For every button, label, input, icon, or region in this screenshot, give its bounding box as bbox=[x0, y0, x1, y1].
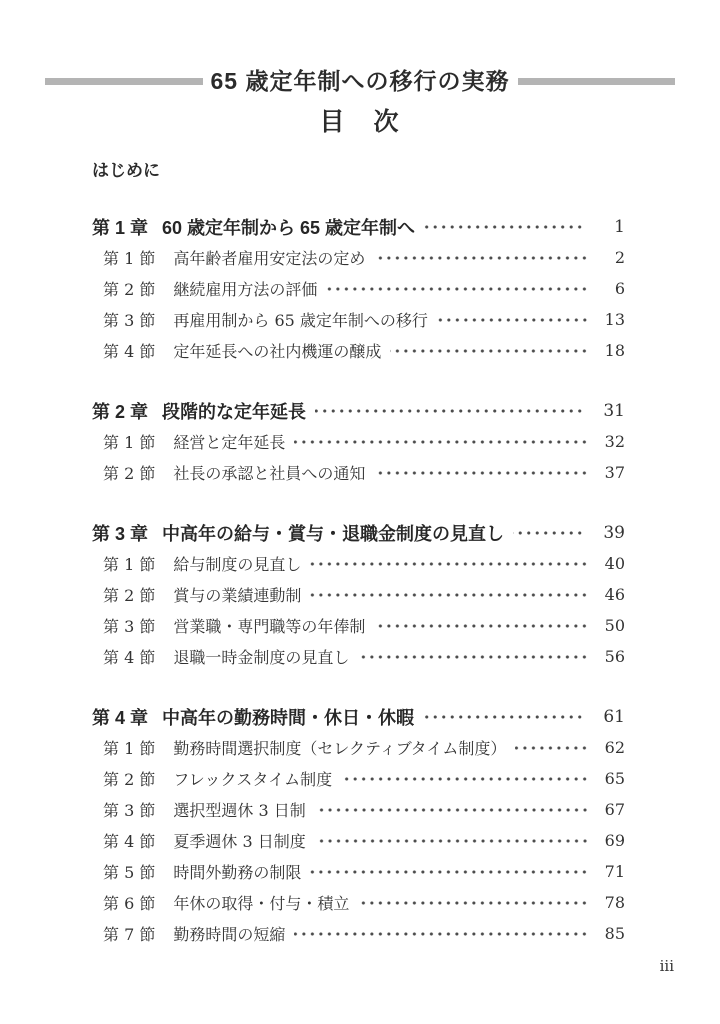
toc-page: 65 歳定年制への移行の実務 目 次 はじめに 第 1 章 60 歳定年制から … bbox=[0, 0, 720, 1024]
dot-leader bbox=[315, 836, 589, 846]
section-page-number: 78 bbox=[595, 893, 625, 912]
section-page-number: 56 bbox=[595, 647, 625, 666]
chapter-block-3: 第 3 章 中高年の給与・賞与・退職金制度の見直し 39 第 1 節 給与制度の… bbox=[92, 517, 625, 672]
title-rule-left bbox=[45, 78, 203, 85]
section-number-label: 第 3 節 bbox=[103, 614, 155, 637]
section-entry: 第 3 節 再雇用制から 65 歳定年制への移行 13 bbox=[92, 304, 625, 335]
section-page-number: 71 bbox=[595, 862, 625, 881]
section-number-label: 第 1 節 bbox=[103, 430, 155, 453]
dot-leader bbox=[310, 590, 589, 600]
section-entry: 第 2 節 フレックスタイム制度 65 bbox=[92, 763, 625, 794]
section-page-number: 67 bbox=[595, 800, 625, 819]
section-page-number: 50 bbox=[595, 616, 625, 635]
dot-leader bbox=[515, 743, 589, 753]
section-page-number: 65 bbox=[595, 769, 625, 788]
section-entry: 第 1 節 給与制度の見直し 40 bbox=[92, 548, 625, 579]
section-title: フレックスタイム制度 bbox=[173, 767, 332, 790]
section-number-label: 第 4 節 bbox=[103, 645, 155, 668]
section-number-label: 第 1 節 bbox=[103, 246, 155, 269]
section-entry: 第 1 節 経営と定年延長 32 bbox=[92, 426, 625, 457]
section-number-label: 第 1 節 bbox=[103, 736, 155, 759]
section-number-label: 第 3 節 bbox=[103, 798, 155, 821]
dot-leader bbox=[374, 621, 589, 631]
section-page-number: 13 bbox=[595, 310, 625, 329]
section-entry: 第 1 節 勤務時間選択制度（セレクティブタイム制度） 62 bbox=[92, 732, 625, 763]
chapter-title: 段階的な定年延長 bbox=[162, 398, 306, 424]
section-entry: 第 2 節 賞与の業績連動制 46 bbox=[92, 579, 625, 610]
section-number-label: 第 5 節 bbox=[103, 860, 155, 883]
section-title: 選択型週休 3 日制 bbox=[173, 798, 305, 821]
section-entry: 第 1 節 高年齢者雇用安定法の定め 2 bbox=[92, 242, 625, 273]
section-entry: 第 3 節 選択型週休 3 日制 67 bbox=[92, 794, 625, 825]
section-title: 時間外勤務の制限 bbox=[173, 860, 301, 883]
section-page-number: 32 bbox=[595, 432, 625, 451]
section-title: 社長の承認と社員への通知 bbox=[173, 461, 365, 484]
section-page-number: 85 bbox=[595, 924, 625, 943]
section-title: 経営と定年延長 bbox=[173, 430, 285, 453]
section-number-label: 第 4 節 bbox=[103, 829, 155, 852]
section-number-label: 第 1 節 bbox=[103, 552, 155, 575]
toc-heading: 目 次 bbox=[0, 106, 720, 138]
section-title: 賞与の業績連動制 bbox=[173, 583, 301, 606]
chapter-number-label: 第 4 章 bbox=[92, 704, 148, 730]
intro-heading: はじめに bbox=[92, 160, 625, 182]
section-page-number: 69 bbox=[595, 831, 625, 850]
section-title: 勤務時間選択制度（セレクティブタイム制度） bbox=[173, 736, 506, 759]
section-title: 退職一時金制度の見直し bbox=[173, 645, 349, 668]
section-title: 夏季週休 3 日制度 bbox=[173, 829, 305, 852]
chapter-title: 60 歳定年制から 65 歳定年制へ bbox=[162, 214, 415, 240]
dot-leader bbox=[294, 437, 589, 447]
section-page-number: 62 bbox=[595, 738, 625, 757]
section-number-label: 第 2 節 bbox=[103, 461, 155, 484]
dot-leader bbox=[315, 805, 589, 815]
section-number-label: 第 2 節 bbox=[103, 583, 155, 606]
section-entry: 第 4 節 夏季週休 3 日制度 69 bbox=[92, 825, 625, 856]
section-entry: 第 6 節 年休の取得・付与・積立 78 bbox=[92, 887, 625, 918]
section-entry: 第 3 節 営業職・専門職等の年俸制 50 bbox=[92, 610, 625, 641]
book-title-banner: 65 歳定年制への移行の実務 bbox=[45, 66, 675, 96]
dot-leader bbox=[374, 468, 589, 478]
dot-leader bbox=[341, 774, 589, 784]
section-number-label: 第 7 節 bbox=[103, 922, 155, 945]
section-title: 営業職・専門職等の年俸制 bbox=[173, 614, 365, 637]
section-title: 定年延長への社内機運の醸成 bbox=[173, 339, 381, 362]
chapter-page-number: 31 bbox=[595, 401, 625, 421]
dot-leader bbox=[424, 222, 584, 232]
chapter-number-label: 第 2 章 bbox=[92, 398, 148, 424]
section-entry: 第 4 節 退職一時金制度の見直し 56 bbox=[92, 641, 625, 672]
section-page-number: 46 bbox=[595, 585, 625, 604]
dot-leader bbox=[326, 284, 589, 294]
chapter-block-2: 第 2 章 段階的な定年延長 31 第 1 節 経営と定年延長 32 第 2 節… bbox=[92, 395, 625, 488]
chapter-page-number: 39 bbox=[595, 523, 625, 543]
section-page-number: 37 bbox=[595, 463, 625, 482]
section-title: 給与制度の見直し bbox=[173, 552, 301, 575]
section-page-number: 18 bbox=[595, 341, 625, 360]
dot-leader bbox=[358, 652, 589, 662]
section-entry: 第 7 節 勤務時間の短縮 85 bbox=[92, 918, 625, 949]
chapter-block-1: 第 1 章 60 歳定年制から 65 歳定年制へ 1 第 1 節 高年齢者雇用安… bbox=[92, 211, 625, 366]
chapter-number-label: 第 1 章 bbox=[92, 214, 148, 240]
title-rule-right bbox=[518, 78, 676, 85]
toc-body: はじめに 第 1 章 60 歳定年制から 65 歳定年制へ 1 第 1 節 高年… bbox=[0, 138, 720, 949]
chapter-page-number: 61 bbox=[595, 707, 625, 727]
section-title: 継続雇用方法の評価 bbox=[173, 277, 317, 300]
section-number-label: 第 6 節 bbox=[103, 891, 155, 914]
section-number-label: 第 2 節 bbox=[103, 767, 155, 790]
dot-leader bbox=[423, 712, 584, 722]
section-page-number: 2 bbox=[595, 248, 625, 267]
chapter-entry: 第 3 章 中高年の給与・賞与・退職金制度の見直し 39 bbox=[92, 517, 625, 548]
section-title: 再雇用制から 65 歳定年制への移行 bbox=[173, 308, 428, 331]
dot-leader bbox=[310, 867, 589, 877]
dot-leader bbox=[437, 315, 589, 325]
page-folio: iii bbox=[660, 957, 674, 975]
chapter-number-label: 第 3 章 bbox=[92, 520, 148, 546]
chapter-entry: 第 4 章 中高年の勤務時間・休日・休暇 61 bbox=[92, 701, 625, 732]
dot-leader bbox=[294, 929, 589, 939]
section-title: 年休の取得・付与・積立 bbox=[173, 891, 349, 914]
section-page-number: 40 bbox=[595, 554, 625, 573]
section-entry: 第 4 節 定年延長への社内機運の醸成 18 bbox=[92, 335, 625, 366]
section-number-label: 第 4 節 bbox=[103, 339, 155, 362]
chapter-page-number: 1 bbox=[595, 217, 625, 237]
dot-leader bbox=[374, 253, 589, 263]
section-entry: 第 2 節 社長の承認と社員への通知 37 bbox=[92, 457, 625, 488]
chapter-entry: 第 1 章 60 歳定年制から 65 歳定年制へ 1 bbox=[92, 211, 625, 242]
dot-leader bbox=[358, 898, 589, 908]
dot-leader bbox=[310, 559, 589, 569]
section-title: 高年齢者雇用安定法の定め bbox=[173, 246, 365, 269]
section-number-label: 第 3 節 bbox=[103, 308, 155, 331]
dot-leader bbox=[390, 346, 589, 356]
chapter-title: 中高年の勤務時間・休日・休暇 bbox=[162, 704, 414, 730]
chapter-block-4: 第 4 章 中高年の勤務時間・休日・休暇 61 第 1 節 勤務時間選択制度（セ… bbox=[92, 701, 625, 949]
dot-leader bbox=[513, 528, 584, 538]
chapter-entry: 第 2 章 段階的な定年延長 31 bbox=[92, 395, 625, 426]
section-page-number: 6 bbox=[595, 279, 625, 298]
chapter-title: 中高年の給与・賞与・退職金制度の見直し bbox=[162, 520, 504, 546]
section-title: 勤務時間の短縮 bbox=[173, 922, 285, 945]
dot-leader bbox=[315, 406, 584, 416]
section-number-label: 第 2 節 bbox=[103, 277, 155, 300]
book-title: 65 歳定年制への移行の実務 bbox=[211, 66, 510, 96]
section-entry: 第 5 節 時間外勤務の制限 71 bbox=[92, 856, 625, 887]
section-entry: 第 2 節 継続雇用方法の評価 6 bbox=[92, 273, 625, 304]
